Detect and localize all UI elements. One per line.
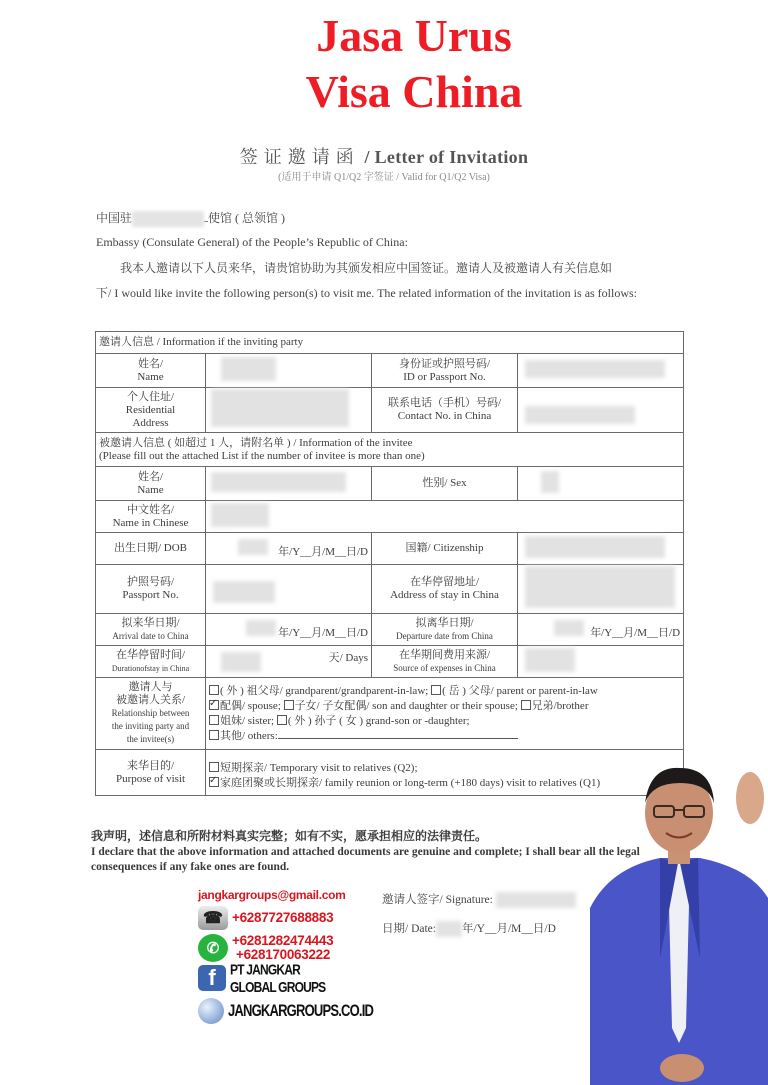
label-invitee-passport: 护照号码/Passport No. [96,565,206,614]
document-title: 签证邀请函 / Letter of Invitation [0,143,768,169]
label-invitee-chinese-name: 中文姓名/Name in Chinese [96,501,206,533]
checkbox-icon [209,730,219,740]
checkbox-grandparent[interactable]: ( 外 ) 祖父母/ grandparent/grandparent-in-la… [209,685,428,697]
checkbox-icon [209,762,219,772]
label-inviter-id: 身份证或护照号码/ID or Passport No. [372,354,518,388]
field-inviter-contact[interactable] [518,388,684,433]
label-departure-date: 拟离华日期/Departure date from China [372,614,518,646]
checkbox-brother[interactable]: 兄弟/brother [521,700,589,712]
redacted-signature[interactable] [496,892,576,908]
field-invitee-sex[interactable] [518,467,684,501]
addressee-cn: 中国驻使馆 ( 总领馆 ) [96,208,666,229]
addressee-en: Embassy (Consulate General) of the Peopl… [96,232,666,253]
document-subtitle: (适用于申请 Q1/Q2 字签证 / Valid for Q1/Q2 Visa) [0,168,768,183]
label-arrival-date: 拟来华日期/Arrival date to China [96,614,206,646]
contact-phone[interactable]: +6287727688883 [232,911,333,925]
facebook-icon: f [198,965,226,991]
checkbox-checked-icon [209,777,219,787]
agent-photo [590,758,768,1085]
label-invitee-name: 姓名/Name [96,467,206,501]
label-expenses: 在华期间费用来源/Source of expenses in China [372,646,518,678]
telephone-icon: ☎ [198,906,228,930]
label-invitee-citizenship: 国籍/ Citizenship [372,533,518,565]
checkbox-spouse[interactable]: 配偶/ spouse; [209,700,281,712]
promo-banner-title: Jasa Urus Visa China [0,8,768,120]
field-inviter-name[interactable] [206,354,372,388]
field-expenses[interactable] [518,646,684,678]
whatsapp-icon: ✆ [198,934,228,962]
signature-date: 日期/ Date:年/Y__月/M__日/D [382,920,556,937]
field-departure-date[interactable]: 年/Y__月/M__日/D [518,614,684,646]
field-invitee-citizenship[interactable] [518,533,684,565]
contact-website[interactable]: JANGKARGROUPS.CO.ID [228,1002,373,1020]
label-inviter-name: 姓名/Name [96,354,206,388]
checkbox-icon [284,700,294,710]
banner-line-2: Visa China [60,64,768,120]
checkbox-others[interactable]: 其他/ others: [209,730,278,742]
signature-line: 邀请人签字/ Signature: [382,891,576,908]
checkbox-grandchild[interactable]: ( 外 ) 孙子 ( 女 ) grand-son or -daughter; [277,715,470,727]
globe-icon [198,998,224,1024]
field-invitee-stay-address[interactable] [518,565,684,614]
label-purpose: 来华目的/Purpose of visit [96,750,206,796]
checkbox-icon [277,715,287,725]
invitation-form-table: 邀请人信息 / Information if the inviting part… [95,331,684,796]
label-duration: 在华停留时间/Durationofstay in China [96,646,206,678]
checkbox-icon [209,715,219,725]
section-inviting-party: 邀请人信息 / Information if the inviting part… [96,332,684,354]
relationship-options: ( 外 ) 祖父母/ grandparent/grandparent-in-la… [206,678,684,750]
checkbox-icon [521,700,531,710]
declaration-cn: 我声明，述信息和所附材料真实完整；如有不实，愿承担相应的法律责任。 [91,827,487,844]
checkbox-icon [209,685,219,695]
contact-whatsapp-1[interactable]: +6281282474443 [232,934,333,948]
field-inviter-address[interactable] [206,388,372,433]
banner-line-1: Jasa Urus [60,8,768,64]
label-invitee-stay-address: 在华停留地址/Address of stay in China [372,565,518,614]
label-inviter-contact: 联系电话（手机）号码/Contact No. in China [372,388,518,433]
others-input-line[interactable] [278,729,518,739]
field-arrival-date[interactable]: 年/Y__月/M__日/D [206,614,372,646]
label-relationship: 邀请人与 被邀请人关系/ Relationship between the in… [96,678,206,750]
label-invitee-dob: 出生日期/ DOB [96,533,206,565]
intro-cn: 我本人邀请以下人员来华，请贵馆协助为其颁发相应中国签证。邀请人及被邀请人有关信息… [96,258,666,279]
intro-en: 下/ I would like invite the following per… [96,283,666,304]
field-invitee-passport[interactable] [206,565,372,614]
label-invitee-sex: 性别/ Sex [372,467,518,501]
redacted-city [132,211,204,227]
checkbox-icon [431,685,441,695]
checkbox-child[interactable]: 子女/ 子女配偶/ son and daughter or their spou… [284,700,518,712]
checkbox-parent[interactable]: ( 岳 ) 父母/ parent or parent-in-law [431,685,598,697]
label-inviter-address: 个人住址/ResidentialAddress [96,388,206,433]
contact-email[interactable]: jangkargroups@gmail.com [198,888,348,902]
field-invitee-name[interactable] [206,467,372,501]
field-duration[interactable]: 天/ Days [206,646,372,678]
section-invitee: 被邀请人信息 ( 如超过 1 人，请附名单 ) / Information of… [96,433,684,467]
checkbox-sister[interactable]: 姐妹/ sister; [209,715,274,727]
field-invitee-chinese-name[interactable] [206,501,684,533]
contact-facebook[interactable]: PT JANGKAR GLOBAL GROUPS [230,961,348,996]
contact-info: jangkargroups@gmail.com ☎ +6287727688883… [198,888,348,1024]
declaration-en: I declare that the above information and… [91,845,661,875]
field-inviter-id[interactable] [518,354,684,388]
field-invitee-dob[interactable]: 年/Y__月/M__日/D [206,533,372,565]
checkbox-checked-icon [209,700,219,710]
